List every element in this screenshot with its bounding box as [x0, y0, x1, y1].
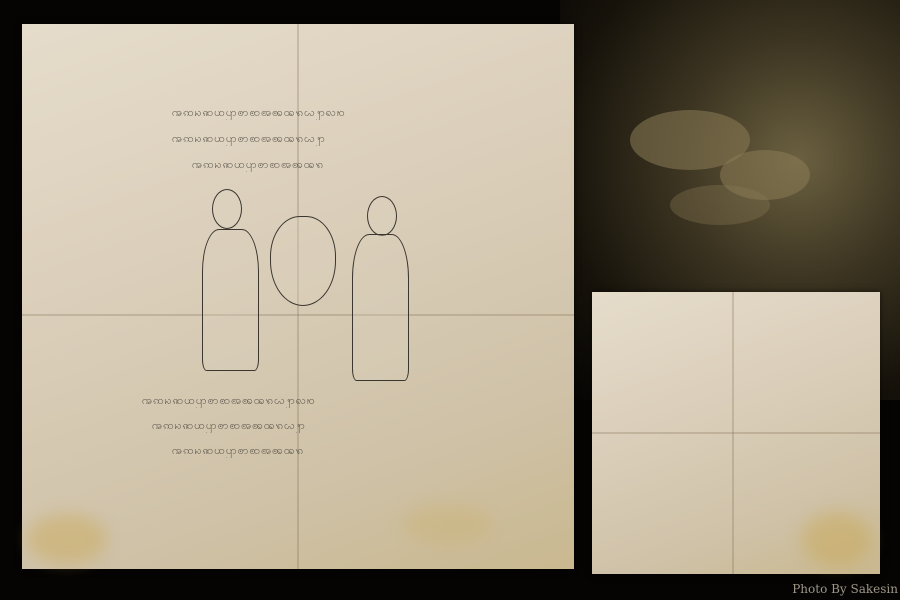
elephant-head-drawing	[270, 216, 336, 306]
man-left-body	[202, 229, 259, 371]
cloth-fold	[592, 432, 880, 434]
man-left-head	[212, 189, 242, 229]
large-cloth-talisman: ꩠꩡꩢꩣꩤꩥꩦꩧꩨꩩꩪꩫꩬꩭꩮꩯ ꩠꩡꩢꩣꩤꩥꩦꩧꩨꩩꩪꩫꩬꩭ ꩠꩡꩢꩣꩤꩥꩦꩧ…	[22, 24, 574, 569]
cloth-stain	[27, 514, 107, 564]
script-text: ꩠꩡꩢꩣꩤꩥꩦꩧꩨꩩꩪꩫꩬꩭ	[152, 419, 462, 433]
cloth-stain	[802, 512, 872, 567]
man-right-head	[367, 196, 397, 236]
small-cloth-talisman	[592, 292, 880, 574]
man-right-body	[352, 234, 409, 381]
background-foliage	[670, 185, 770, 225]
cloth-stain	[402, 504, 492, 544]
photo-credit-caption: Photo By Sakesin	[792, 582, 898, 596]
script-text: ꩠꩡꩢꩣꩤꩥꩦꩧꩨꩩꩪꩫꩬꩭꩮꩯ	[142, 394, 472, 408]
script-text: ꩠꩡꩢꩣꩤꩥꩦꩧꩨꩩꩪꩫ	[172, 444, 432, 458]
script-text: ꩠꩡꩢꩣꩤꩥꩦꩧꩨꩩꩪꩫꩬꩭꩮꩯ	[172, 106, 452, 120]
script-text: ꩠꩡꩢꩣꩤꩥꩦꩧꩨꩩꩪꩫ	[192, 158, 452, 172]
cloth-fold	[22, 314, 574, 316]
script-text: ꩠꩡꩢꩣꩤꩥꩦꩧꩨꩩꩪꩫꩬꩭ	[172, 132, 472, 146]
